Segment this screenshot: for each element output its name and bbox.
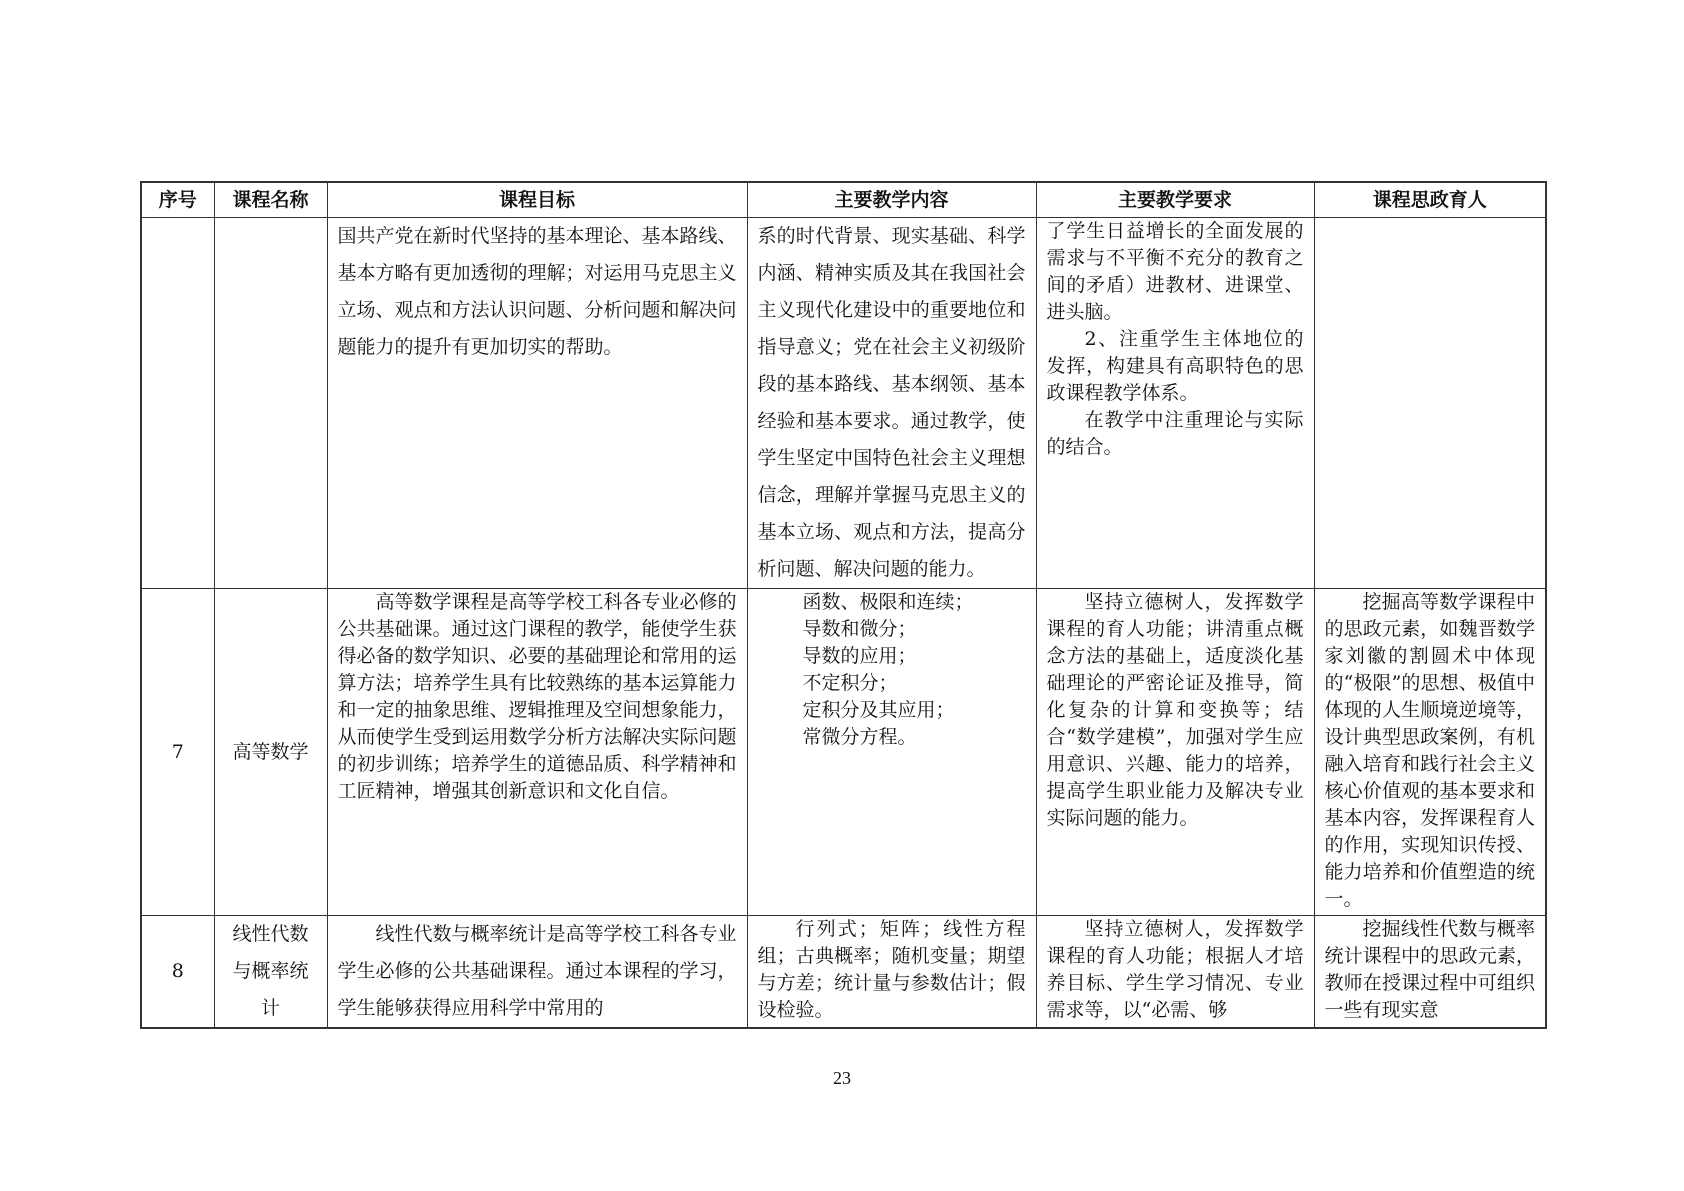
document-page: 序号 课程名称 课程目标 主要教学内容 主要教学要求 课程思政育人 国共产党在新… <box>0 0 1684 1191</box>
content-list-item: 函数、极限和连续； <box>758 589 1026 616</box>
requirement-paragraph: 在教学中注重理论与实际的结合。 <box>1047 407 1304 461</box>
ideology-text: 挖掘线性代数与概率统计课程中的思政元素，教师在授课过程中可组织一些有现实意 <box>1325 916 1536 1024</box>
cell-main-requirements: 坚持立德树人，发挥数学课程的育人功能；根据人才培养目标、学生学习情况、专业需求等… <box>1036 916 1314 1029</box>
goal-text: 高等数学课程是高等学校工科各专业必修的公共基础课。通过这门课程的教学，能使学生获… <box>338 589 737 805</box>
header-main-requirements: 主要教学要求 <box>1036 182 1314 218</box>
content-list-item: 定积分及其应用； <box>758 697 1026 724</box>
table-row: 7 高等数学 高等数学课程是高等学校工科各专业必修的公共基础课。通过这门课程的教… <box>141 589 1546 916</box>
cell-main-content: 系的时代背景、现实基础、科学内涵、精神实质及其在我国社会主义现代化建设中的重要地… <box>747 218 1036 589</box>
cell-ideology-education: 挖掘高等数学课程中的思政元素，如魏晋数学家刘徽的割圆术中体现的“极限”的思想、极… <box>1314 589 1546 916</box>
content-list-item: 不定积分； <box>758 670 1026 697</box>
header-course-goal: 课程目标 <box>327 182 747 218</box>
cell-course-name: 高等数学 <box>214 589 327 916</box>
cell-ideology-education: 挖掘线性代数与概率统计课程中的思政元素，教师在授课过程中可组织一些有现实意 <box>1314 916 1546 1029</box>
course-table: 序号 课程名称 课程目标 主要教学内容 主要教学要求 课程思政育人 国共产党在新… <box>140 181 1547 1029</box>
requirement-paragraph: 2、注重学生主体地位的发挥，构建具有高职特色的思政课程教学体系。 <box>1047 326 1304 407</box>
header-ideology-education: 课程思政育人 <box>1314 182 1546 218</box>
content-list-item: 导数的应用； <box>758 643 1026 670</box>
requirements-text: 坚持立德树人，发挥数学课程的育人功能；根据人才培养目标、学生学习情况、专业需求等… <box>1047 916 1304 1024</box>
cell-number: 7 <box>141 589 214 916</box>
header-main-content: 主要教学内容 <box>747 182 1036 218</box>
table-row: 8 线性代数与概率统计 线性代数与概率统计是高等学校工科各专业学生必修的公共基础… <box>141 916 1546 1029</box>
cell-main-content: 行列式；矩阵；线性方程组；古典概率；随机变量；期望与方差；统计量与参数估计；假设… <box>747 916 1036 1029</box>
cell-ideology-education <box>1314 218 1546 589</box>
table-row: 国共产党在新时代坚持的基本理论、基本路线、基本方略有更加透彻的理解；对运用马克思… <box>141 218 1546 589</box>
cell-course-goal: 高等数学课程是高等学校工科各专业必修的公共基础课。通过这门课程的教学，能使学生获… <box>327 589 747 916</box>
cell-number <box>141 218 214 589</box>
cell-main-requirements: 坚持立德树人，发挥数学课程的育人功能；讲清重点概念方法的基础上，适度淡化基础理论… <box>1036 589 1314 916</box>
page-number: 23 <box>0 1068 1684 1089</box>
cell-main-content: 函数、极限和连续； 导数和微分； 导数的应用； 不定积分； 定积分及其应用； 常… <box>747 589 1036 916</box>
table-header-row: 序号 课程名称 课程目标 主要教学内容 主要教学要求 课程思政育人 <box>141 182 1546 218</box>
content-list-item: 导数和微分； <box>758 616 1026 643</box>
header-course-name: 课程名称 <box>214 182 327 218</box>
cell-course-goal: 线性代数与概率统计是高等学校工科各专业学生必修的公共基础课程。通过本课程的学习，… <box>327 916 747 1029</box>
requirements-text: 坚持立德树人，发挥数学课程的育人功能；讲清重点概念方法的基础上，适度淡化基础理论… <box>1047 589 1304 832</box>
cell-course-name <box>214 218 327 589</box>
cell-course-goal: 国共产党在新时代坚持的基本理论、基本路线、基本方略有更加透彻的理解；对运用马克思… <box>327 218 747 589</box>
goal-text: 线性代数与概率统计是高等学校工科各专业学生必修的公共基础课程。通过本课程的学习，… <box>338 916 737 1027</box>
content-text: 行列式；矩阵；线性方程组；古典概率；随机变量；期望与方差；统计量与参数估计；假设… <box>758 916 1026 1024</box>
ideology-text: 挖掘高等数学课程中的思政元素，如魏晋数学家刘徽的割圆术中体现的“极限”的思想、极… <box>1325 589 1536 913</box>
header-number: 序号 <box>141 182 214 218</box>
content-list-item: 常微分方程。 <box>758 724 1026 751</box>
goal-text: 国共产党在新时代坚持的基本理论、基本路线、基本方略有更加透彻的理解；对运用马克思… <box>338 218 737 366</box>
cell-course-name: 线性代数与概率统计 <box>214 916 327 1029</box>
cell-main-requirements: 了学生日益增长的全面发展的需求与不平衡不充分的教育之间的矛盾）进教材、进课堂、进… <box>1036 218 1314 589</box>
requirement-paragraph: 了学生日益增长的全面发展的需求与不平衡不充分的教育之间的矛盾）进教材、进课堂、进… <box>1047 218 1304 326</box>
content-text: 系的时代背景、现实基础、科学内涵、精神实质及其在我国社会主义现代化建设中的重要地… <box>758 218 1026 588</box>
cell-number: 8 <box>141 916 214 1029</box>
